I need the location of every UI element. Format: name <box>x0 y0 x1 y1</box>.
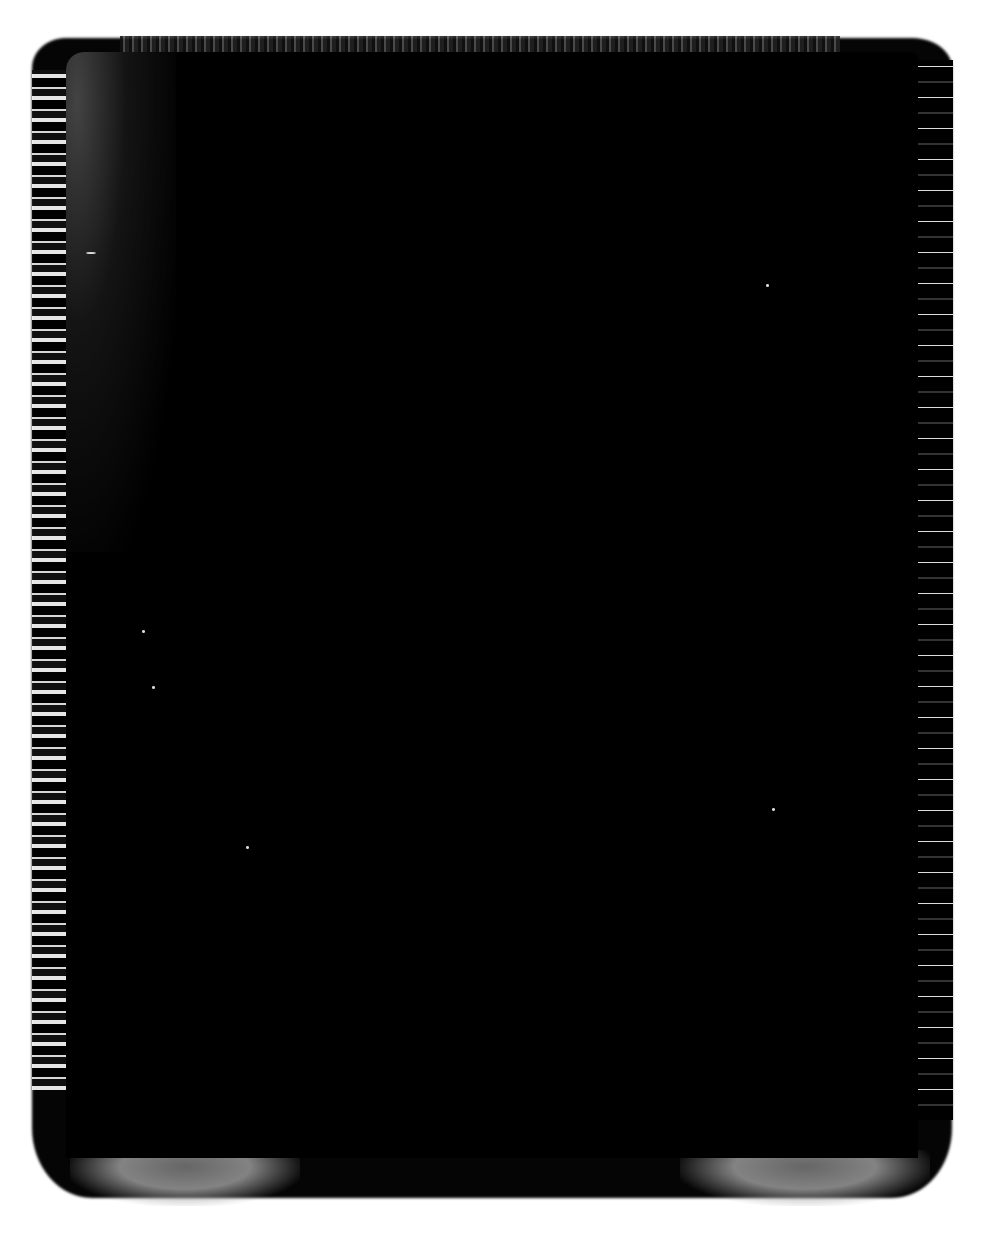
dust-speck <box>246 846 249 849</box>
dust-speck <box>152 686 155 689</box>
frame-edge-top-texture <box>120 36 840 52</box>
dust-speck <box>142 630 145 633</box>
frame-bottom-right-smudge <box>680 1150 930 1206</box>
dust-speck <box>86 252 96 254</box>
frame-edge-left-texture <box>32 70 66 1090</box>
frame-vignette <box>66 52 176 552</box>
frame-image-area <box>66 52 918 1158</box>
dust-speck <box>772 808 775 811</box>
frame-edge-right-texture <box>915 60 953 1120</box>
dust-speck <box>766 284 769 287</box>
frame-bottom-left-smudge <box>70 1150 300 1206</box>
